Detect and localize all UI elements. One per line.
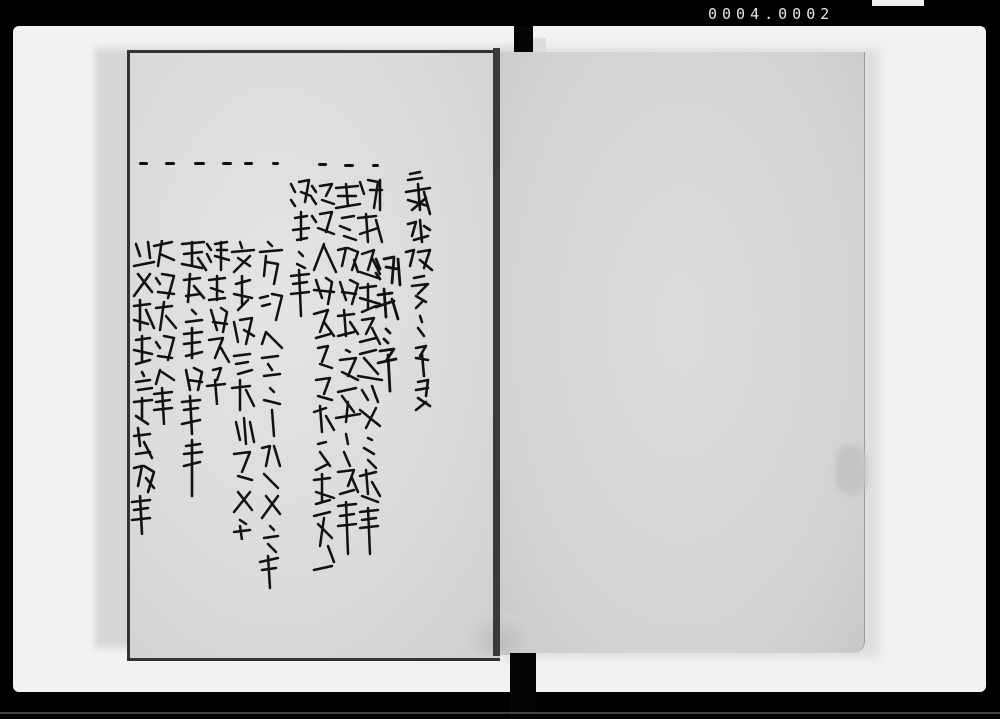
entry-line-10: 出入取調中之上不足取之儀事 [128,240,158,535]
entry-line-8: 新鋳之一番取組事取事 [178,240,208,500]
list-marker [344,164,354,167]
list-marker [165,162,175,165]
list-marker [194,162,205,165]
list-marker [372,164,379,167]
entry-line-5: 京御賃人部賃之筒取他出入衆役中書 [256,240,286,590]
title-line: 品物帳壱之巻 目録 [402,170,432,415]
manuscript-text: 品物帳壱之巻 目録 御料之部 御料銀木物取送出入宮御様事 [0,0,1000,719]
list-marker [318,163,327,166]
list-marker [222,162,232,165]
list-marker [139,162,148,165]
entry-line-4: 御料事 [287,178,317,318]
list-marker [272,162,279,165]
list-marker [244,162,253,165]
